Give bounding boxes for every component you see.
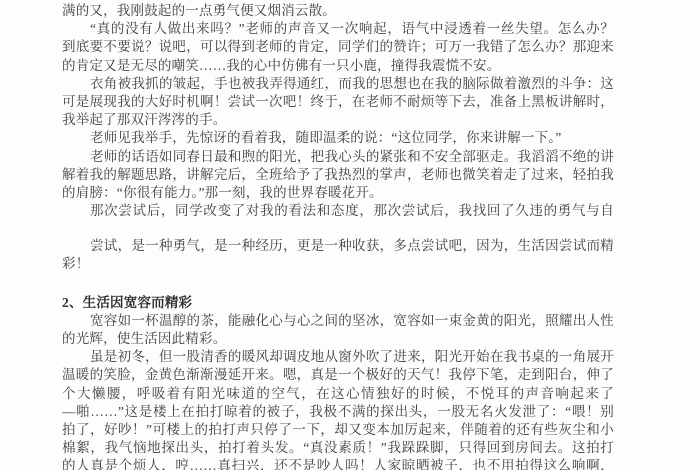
essay-text: 满的又，我刚鼓起的一点勇气便又烟消云散。“真的没有人做出来吗？”老师的声音又一次… (62, 2, 614, 470)
text-line: 棉絮，我气恼地探出头，拍打着头发。“真没素质！”我跺跺脚，只得回到房间去。这拍打 (62, 439, 614, 457)
text-line: 老师的话语如同春日最和煦的阳光，把我心头的紧张和不安全部驱走。我滔滔不绝的讲 (62, 148, 614, 166)
text-line: 老师见我举手，先惊讶的看着我，随即温柔的说：“这位同学，你来讲解一下。” (62, 129, 614, 147)
text-line: 彩！ (62, 255, 614, 273)
text-line: 拍了，好吵！”可楼上的拍打声只停了一下，却又变本加厉起来，伴随着的还有些灰尘和小 (62, 421, 614, 439)
text-line: 那次尝试后，同学改变了对我的看法和态度，那次尝试后，我找回了久违的勇气与自信。 (62, 202, 614, 220)
text-line: 虽是初冬，但一股清香的暖风却调皮地从窗外吹了进来，阳光开始在我书桌的一角展开 (62, 348, 614, 366)
text-line: 到底要不要说？说吧，可以得到老师的肯定，同学们的赞许；可万一我错了怎么办？那迎来 (62, 38, 614, 56)
section-heading: 2、生活因宽容而精彩 (62, 294, 614, 312)
text-line: 个大懒腰，呼吸着有阳光味道的空气，在这心情独好的时候，不悦耳的声音响起来了——“… (62, 385, 614, 403)
text-line: “真的没有人做出来吗？”老师的声音又一次响起，语气中浸透着一丝失望。怎么办？ (62, 20, 614, 38)
text-line: 温暖的笑脸，金黄色渐渐漫延开来。嗯，真是一个极好的天气！我停下笔，走到阳台，伸了 (62, 366, 614, 384)
document-page: 满的又，我刚鼓起的一点勇气便又烟消云散。“真的没有人做出来吗？”老师的声音又一次… (0, 0, 700, 470)
text-line: 的光辉，使生活因此精彩。 (62, 330, 614, 348)
text-line: —啪……”这是楼上在拍打晾着的被子，我极不满的探出头，一股无名火发泄了：“喂！别 (62, 403, 614, 421)
text-line: 的肯定又是无尽的嘲笑……我的心中仿佛有一只小鹿，撞得我震慌不安。 (62, 57, 614, 75)
text-line: 衣角被我抓的皱起，手也被我弄得通红，而我的思想也在我的脑际做着激烈的斗争：这 (62, 75, 614, 93)
text-line: 的肩膀：“你很有能力。”那一刻，我的世界春暖花开。 (62, 184, 614, 202)
text-line: 我举起了那双汗涔涔的手。 (62, 111, 614, 129)
text-line: 可是展现我的大好时机啊！尝试一次吧！终于，在老师不耐烦等下去，准备上黑板讲解时， (62, 93, 614, 111)
text-line: 宽容如一杯温醇的茶，能融化心与心之间的坚冰，宽容如一束金黄的阳光，照耀出人性 (62, 312, 614, 330)
text-line: 解着我的解题思路，讲解完后，全班给予了我热烈的掌声，老师也微笑着走了过来，轻拍我 (62, 166, 614, 184)
text-line: 尝试，是一种勇气，是一种经历，更是一种收获，多点尝试吧，因为，生活因尝试而精 (62, 237, 614, 255)
text-line: 的人真是个烦人，哼……真扫兴，还不是吵人吗！人家晾晒被子，也不用拍得这么响啊， (62, 457, 614, 470)
text-line: 满的又，我刚鼓起的一点勇气便又烟消云散。 (62, 2, 614, 20)
